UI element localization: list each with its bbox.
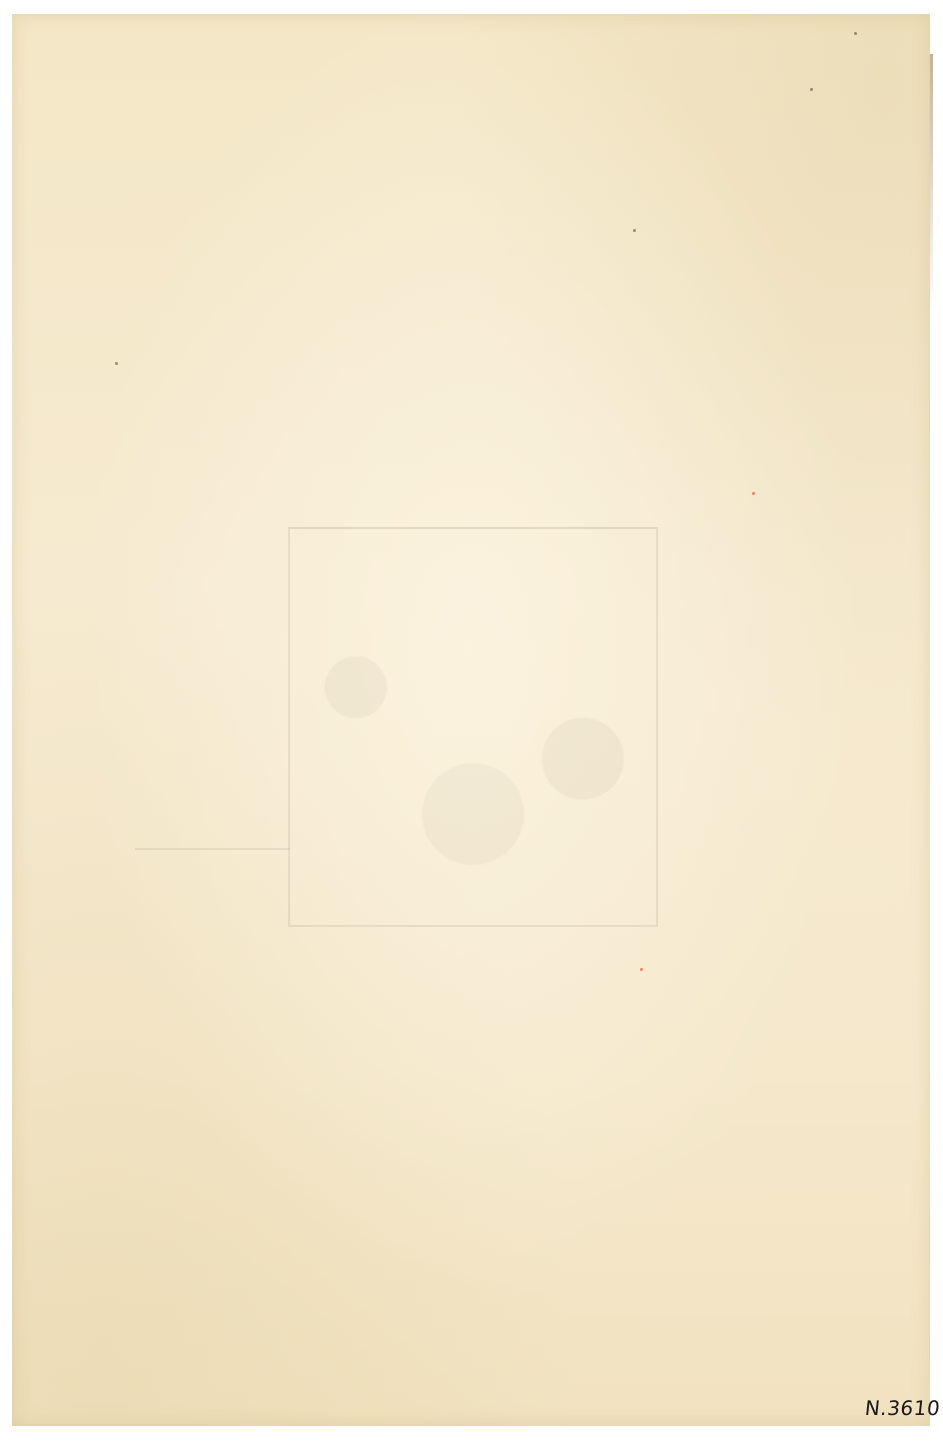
ink-speck (640, 968, 643, 971)
ink-speck (115, 362, 118, 365)
catalog-number-inscription: N.3610 (864, 1396, 942, 1420)
show-through-rule (135, 848, 290, 850)
print-show-through (288, 527, 658, 927)
ink-speck (752, 492, 755, 495)
ink-speck (810, 88, 813, 91)
ink-speck (854, 32, 857, 35)
ink-speck (633, 229, 636, 232)
